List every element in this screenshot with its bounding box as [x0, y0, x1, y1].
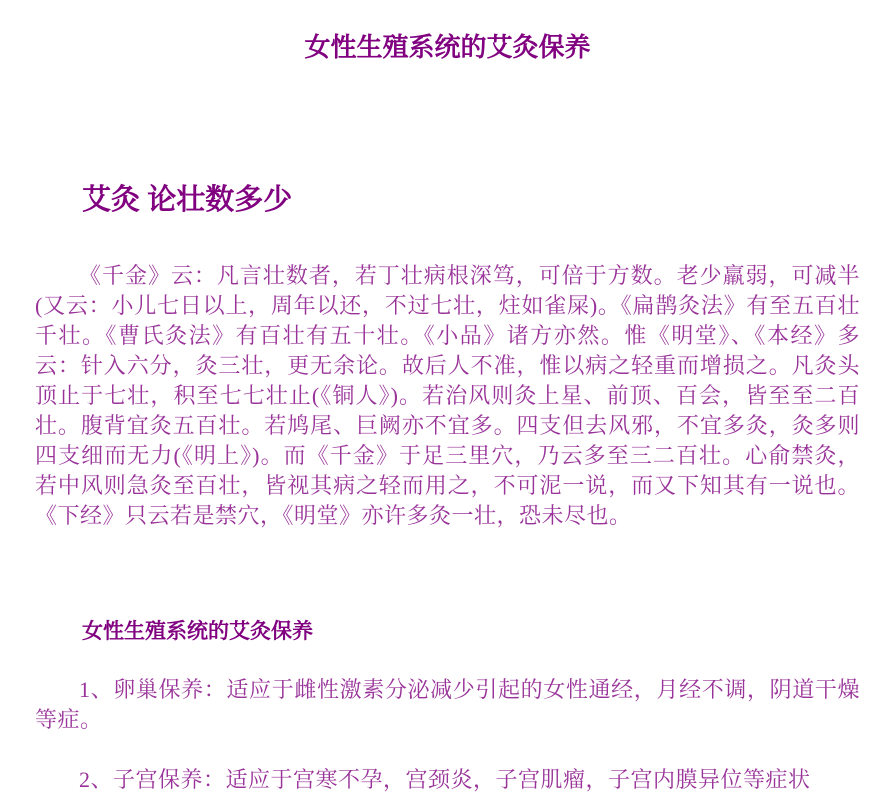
subsection-heading: 女性生殖系统的艾灸保养	[82, 617, 860, 645]
page-title: 女性生殖系统的艾灸保养	[35, 33, 860, 63]
body-paragraph: 《千金》云：凡言壮数者，若丁壮病根深笃，可倍于方数。老少羸弱，可减半(又云：小儿…	[35, 261, 860, 531]
section-heading: 艾灸 论壮数多少	[82, 185, 860, 215]
list-item-2: 2、子宫保养：适应于宫寒不孕，宫颈炎，子宫肌瘤，子宫内膜异位等症状	[35, 765, 860, 795]
document-page: 女性生殖系统的艾灸保养 艾灸 论壮数多少 《千金》云：凡言壮数者，若丁壮病根深笃…	[0, 0, 894, 803]
list-item-1: 1、卵巢保养：适应于雌性激素分泌减少引起的女性通经，月经不调，阴道干燥等症。	[35, 675, 860, 735]
